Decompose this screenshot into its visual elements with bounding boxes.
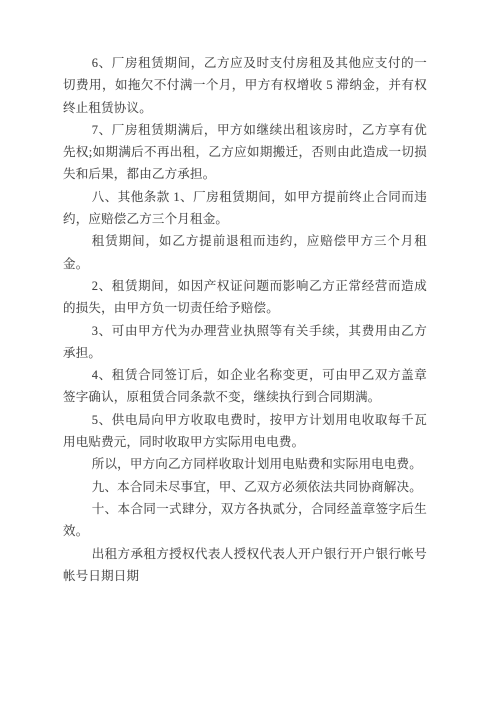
contract-paragraph-clause-8-item-3: 3、可由甲方代为办理营业执照等有关手续，其费用由乙方承担。 bbox=[63, 320, 427, 365]
contract-paragraph-clause-8-item-5: 5、供电局向甲方收取电费时，按甲方计划用电收取每千瓦用电贴费元，同时收取甲方实际… bbox=[63, 409, 427, 454]
contract-paragraph-clause-8-item-2: 2、租赁期间，如因产权证问题而影响乙方正常经营而造成的损失，由甲方负一切责任给予… bbox=[63, 275, 427, 320]
contract-paragraph-signature-line: 出租方承租方授权代表人授权代表人开户银行开户银行帐号帐号日期日期 bbox=[63, 543, 427, 588]
contract-body: 6、厂房租赁期间，乙方应及时支付房租及其他应支付的一切费用，如拖欠不付满一个月，… bbox=[63, 52, 427, 587]
contract-paragraph-clause-8-item-1: 八、其他条款 1、厂房租赁期间，如甲方提前终止合同而违约，应赔偿乙方三个月租金。 bbox=[63, 186, 427, 231]
document-page: 6、厂房租赁期间，乙方应及时支付房租及其他应支付的一切费用，如拖欠不付满一个月，… bbox=[0, 0, 500, 707]
contract-paragraph-clause-7: 7、厂房租赁期满后，甲方如继续出租该房时，乙方享有优先权;如期满后不再出租，乙方… bbox=[63, 119, 427, 186]
contract-paragraph-clause-10: 十、本合同一式肆分，双方各执贰分，合同经盖章签字后生效。 bbox=[63, 498, 427, 543]
contract-paragraph-clause-6: 6、厂房租赁期间，乙方应及时支付房租及其他应支付的一切费用，如拖欠不付满一个月，… bbox=[63, 52, 427, 119]
contract-paragraph-clause-9: 九、本合同未尽事宜，甲、乙双方必须依法共同协商解决。 bbox=[63, 476, 427, 498]
contract-paragraph-clause-8-item-4: 4、租赁合同签订后，如企业名称变更，可由甲乙双方盖章签字确认，原租赁合同条款不变… bbox=[63, 364, 427, 409]
contract-paragraph-tenant-penalty: 租赁期间，如乙方提前退租而违约，应赔偿甲方三个月租金。 bbox=[63, 230, 427, 275]
contract-paragraph-electricity-fee: 所以，甲方向乙方同样收取计划用电贴费和实际用电电费。 bbox=[63, 453, 427, 475]
